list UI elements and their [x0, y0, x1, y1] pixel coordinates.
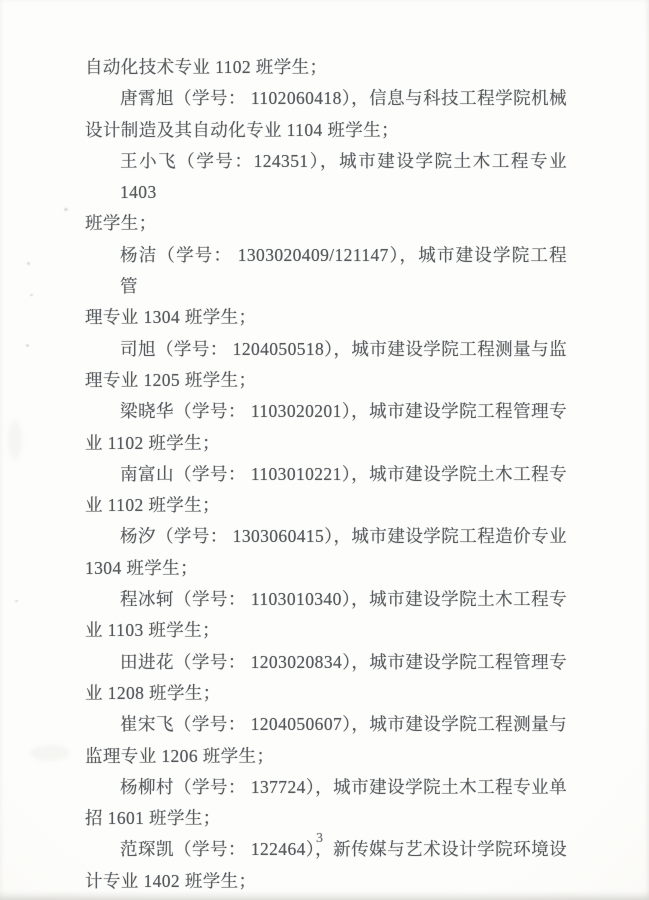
document-line: 理专业 1205 班学生；	[85, 365, 567, 396]
document-line: 招 1601 班学生；	[85, 803, 567, 834]
page-number: 3	[85, 831, 555, 847]
scan-speck	[15, 600, 18, 602]
scan-speck	[30, 294, 33, 296]
document-line: 杨汐（学号： 1303060415），城市建设学院工程造价专业	[85, 521, 567, 552]
document-line: 业 1102 班学生；	[85, 490, 567, 521]
scan-smudge	[30, 745, 70, 761]
scan-speck	[26, 344, 29, 347]
scanned-document-page: 自动化技术专业 1102 班学生；唐霄旭（学号： 1102060418），信息与…	[0, 0, 649, 900]
document-line: 自动化技术专业 1102 班学生；	[85, 52, 567, 83]
document-line: 1304 班学生；	[85, 553, 567, 584]
document-line: 田进花（学号： 1203020834），城市建设学院工程管理专	[85, 647, 567, 678]
document-line: 崔宋飞（学号： 1204050607），城市建设学院工程测量与	[85, 709, 567, 740]
document-line: 唐霄旭（学号： 1102060418），信息与科技工程学院机械	[85, 83, 567, 114]
scan-smudge	[8, 420, 22, 460]
document-line: 南富山（学号： 1103010221），城市建设学院土木工程专	[85, 459, 567, 490]
document-line: 监理专业 1206 班学生；	[85, 741, 567, 772]
scan-edge-shadow	[0, 890, 649, 900]
document-line: 理专业 1304 班学生；	[85, 302, 567, 333]
document-line: 程冰轲（学号： 1103010340），城市建设学院土木工程专	[85, 584, 567, 615]
scan-speck	[64, 208, 68, 211]
document-line: 王小飞（学号：124351），城市建设学院土木工程专业 1403	[85, 146, 567, 209]
document-line: 业 1208 班学生；	[85, 678, 567, 709]
document-line: 业 1103 班学生；	[85, 615, 567, 646]
document-body: 自动化技术专业 1102 班学生；唐霄旭（学号： 1102060418），信息与…	[85, 52, 567, 897]
document-line: 杨洁（学号： 1303020409/121147），城市建设学院工程管	[85, 240, 567, 303]
scan-speck	[27, 262, 30, 265]
document-line: 业 1102 班学生；	[85, 428, 567, 459]
document-line: 杨柳村（学号： 137724），城市建设学院土木工程专业单	[85, 772, 567, 803]
document-line: 司旭（学号： 1204050518），城市建设学院工程测量与监	[85, 334, 567, 365]
document-line: 设计制造及其自动化专业 1104 班学生；	[85, 115, 567, 146]
document-line: 梁晓华（学号： 1103020201），城市建设学院工程管理专	[85, 396, 567, 427]
document-line: 班学生；	[85, 208, 567, 239]
